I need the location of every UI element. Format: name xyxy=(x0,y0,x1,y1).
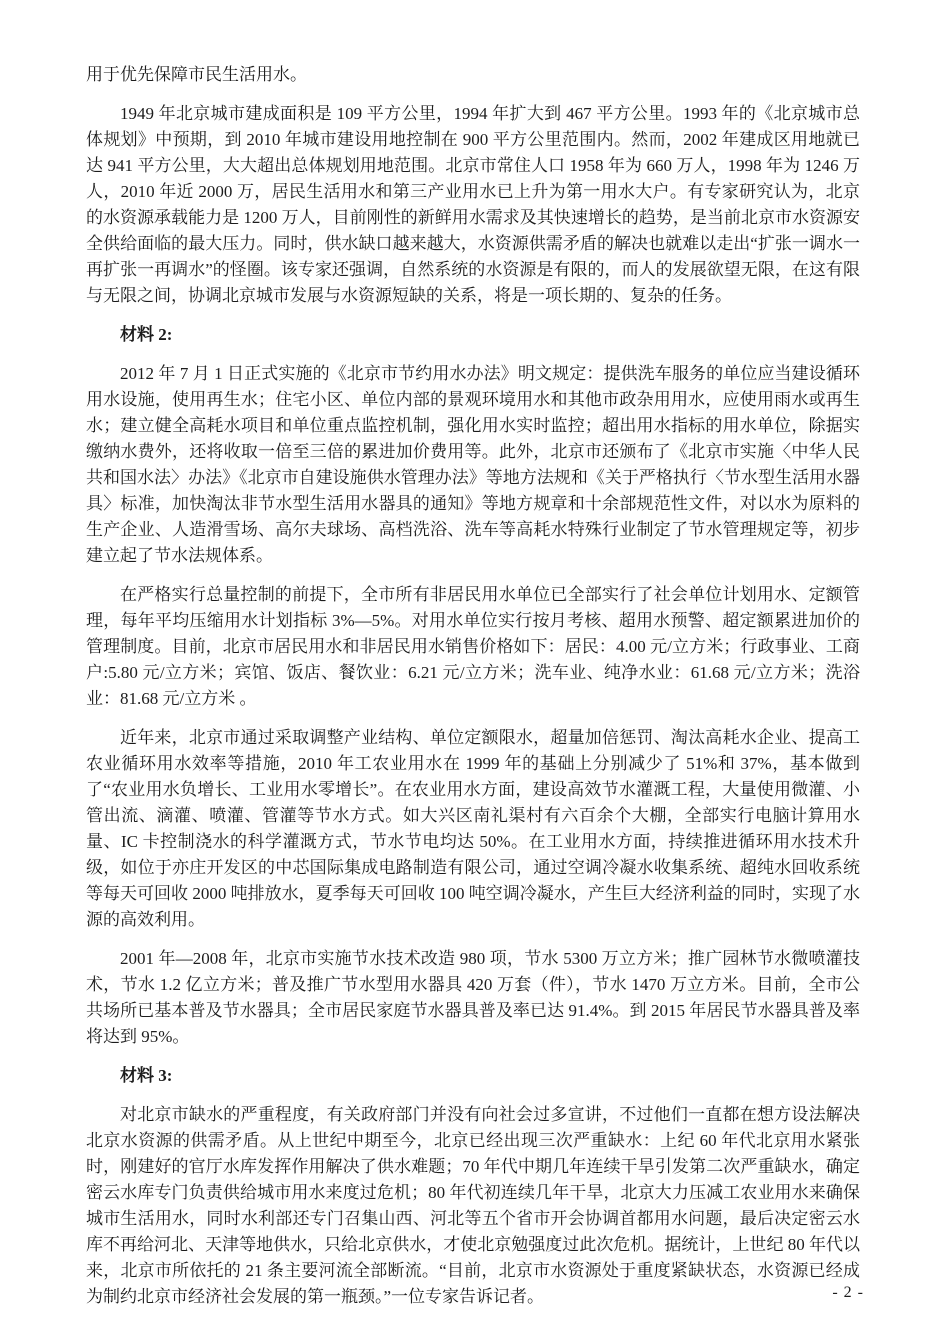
material-2-heading: 材料 2: xyxy=(86,322,860,348)
document-page: 用于优先保障市民生活用水。 1949 年北京城市建成面积是 109 平方公里，1… xyxy=(0,0,950,1344)
page-number: - 2 - xyxy=(832,1283,864,1303)
paragraph-water-saving-regulation: 2012 年 7 月 1 日正式实施的《北京市节约用水办法》明文规定：提供洗车服… xyxy=(86,361,860,569)
paragraph-water-shortage-history: 对北京市缺水的严重程度，有关政府部门并没有向社会过多宣讲，不过他们一直都在想方设… xyxy=(86,1102,860,1310)
paragraph-water-pricing: 在严格实行总量控制的前提下，全市所有非居民用水单位已全部实行了社会单位计划用水、… xyxy=(86,582,860,712)
paragraph-continuation: 用于优先保障市民生活用水。 xyxy=(86,62,860,88)
document-body: 用于优先保障市民生活用水。 1949 年北京城市建成面积是 109 平方公里，1… xyxy=(0,0,950,1310)
paragraph-saving-achievements: 2001 年—2008 年，北京市实施节水技术改造 980 项，节水 5300 … xyxy=(86,946,860,1050)
paragraph-industry-agriculture-saving: 近年来，北京市通过采取调整产业结构、单位定额限水，超量加倍惩罚、淘汰高耗水企业、… xyxy=(86,725,860,933)
paragraph-city-growth: 1949 年北京城市建成面积是 109 平方公里，1994 年扩大到 467 平… xyxy=(86,101,860,309)
material-3-heading: 材料 3: xyxy=(86,1063,860,1089)
